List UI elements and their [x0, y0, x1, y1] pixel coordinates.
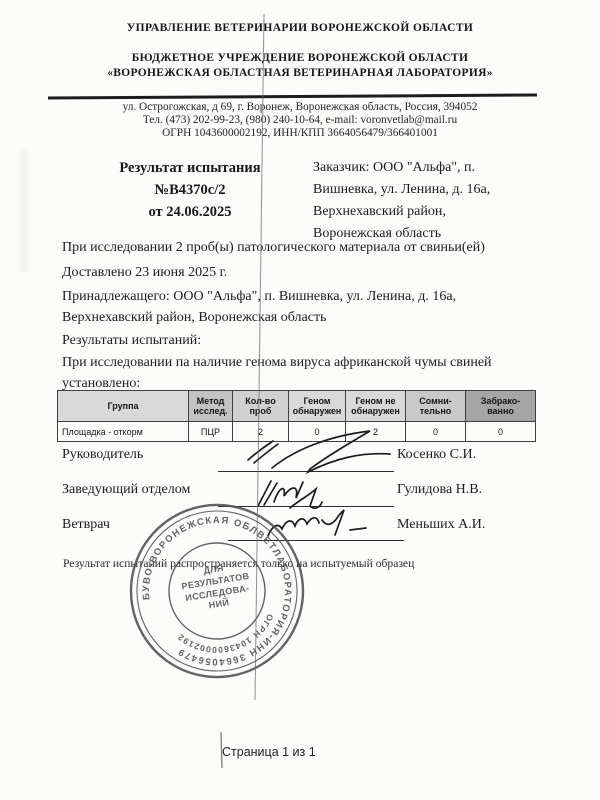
- department-title: УПРАВЛЕНИЕ ВЕТЕРИНАРИИ ВОРОНЕЖСКОЙ ОБЛАС…: [0, 22, 600, 34]
- cell-sample-count: 2: [233, 422, 289, 442]
- col-header-genome-found: Геном обнаружен: [289, 391, 346, 422]
- table-row: Площадка - откорм ПЦР 2 0 2 0 0: [58, 422, 536, 442]
- laboratory-round-stamp: БУВО-ВОРОНЕЖСКАЯ ОБЛВЕТЛАБОРАТОРИЯ-ИНН 3…: [88, 462, 347, 721]
- col-header-sample-count: Кол-во проб: [233, 391, 289, 422]
- org-address: ул. Острогожская, д 69, г. Воронеж, Воро…: [0, 101, 600, 113]
- col-header-genome-not-found: Геном не обнаружен: [346, 391, 406, 422]
- scan-smudge: [20, 150, 28, 272]
- cell-doubtful: 0: [406, 422, 466, 442]
- signer-name-head-of-department: Гулидова Н.В.: [397, 482, 482, 498]
- result-number: №В4370с/2: [80, 179, 300, 201]
- customer-line: Верхнехавский район,: [313, 201, 533, 223]
- signer-name-director: Косенко С.И.: [397, 447, 476, 463]
- col-header-doubtful: Сомни- тельно: [406, 391, 466, 422]
- result-title-block: Результат испытания №В4370с/2 от 24.06.2…: [80, 157, 300, 223]
- col-header-group: Группа: [58, 391, 189, 422]
- org-phone-email: Тел. (473) 202-99-23, (980) 240-10-64, e…: [0, 114, 600, 126]
- cell-rejected: 0: [466, 422, 536, 442]
- org-ogrn-inn: ОГРН 1043600002192, ИНН/КПП 3664056479/3…: [0, 127, 600, 139]
- table-header-row: Группа Метод исслед. Кол-во проб Геном о…: [58, 391, 536, 422]
- page-number: Страница 1 из 1: [222, 745, 316, 759]
- paragraph-samples: При исследовании 2 проб(ы) патологическо…: [62, 238, 572, 259]
- paragraph-delivered: Доставлено 23 июня 2025 г.: [62, 263, 462, 284]
- paragraph-results-label: Результаты испытаний:: [62, 331, 362, 352]
- paragraph-owner: Принадлежащего: ООО "Альфа", п. Вишневка…: [62, 287, 517, 328]
- document-page: УПРАВЛЕНИЕ ВЕТЕРИНАРИИ ВОРОНЕЖСКОЙ ОБЛАС…: [0, 0, 600, 800]
- customer-block: Заказчик: ООО "Альфа", п. Вишневка, ул. …: [313, 157, 533, 245]
- results-table: Группа Метод исслед. Кол-во проб Геном о…: [57, 390, 536, 442]
- result-title: Результат испытания: [80, 157, 300, 179]
- customer-line: Вишневка, ул. Ленина, д. 16а,: [313, 179, 533, 201]
- col-header-method: Метод исслед.: [189, 391, 233, 422]
- cell-group: Площадка - откорм: [58, 422, 189, 442]
- cell-genome-not-found: 2: [346, 422, 406, 442]
- col-header-rejected: Забрако- ванно: [466, 391, 536, 422]
- result-date: от 24.06.2025: [80, 201, 300, 223]
- organization-name-line1: БЮДЖЕТНОЕ УЧРЕЖДЕНИЕ ВОРОНЕЖСКОЙ ОБЛАСТИ: [0, 52, 600, 64]
- signer-role-director: Руководитель: [62, 447, 143, 463]
- svg-text:ДЛЯ: ДЛЯ: [203, 563, 225, 576]
- cell-method: ПЦР: [189, 422, 233, 442]
- cell-genome-found: 0: [289, 422, 346, 442]
- header-divider: [48, 94, 537, 100]
- stamp-center-text: ДЛЯ РЕЗУЛЬТАТОВ ИССЛЕДОВА- НИЙ: [179, 559, 254, 614]
- signer-name-veterinarian: Меньших А.И.: [397, 517, 485, 533]
- customer-line: Заказчик: ООО "Альфа", п.: [313, 157, 533, 179]
- paragraph-test-description: При исследовании па наличие генома вирус…: [62, 353, 502, 394]
- organization-name-line2: «ВОРОНЕЖСКАЯ ОБЛАСТНАЯ ВЕТЕРИНАРНАЯ ЛАБО…: [0, 67, 600, 79]
